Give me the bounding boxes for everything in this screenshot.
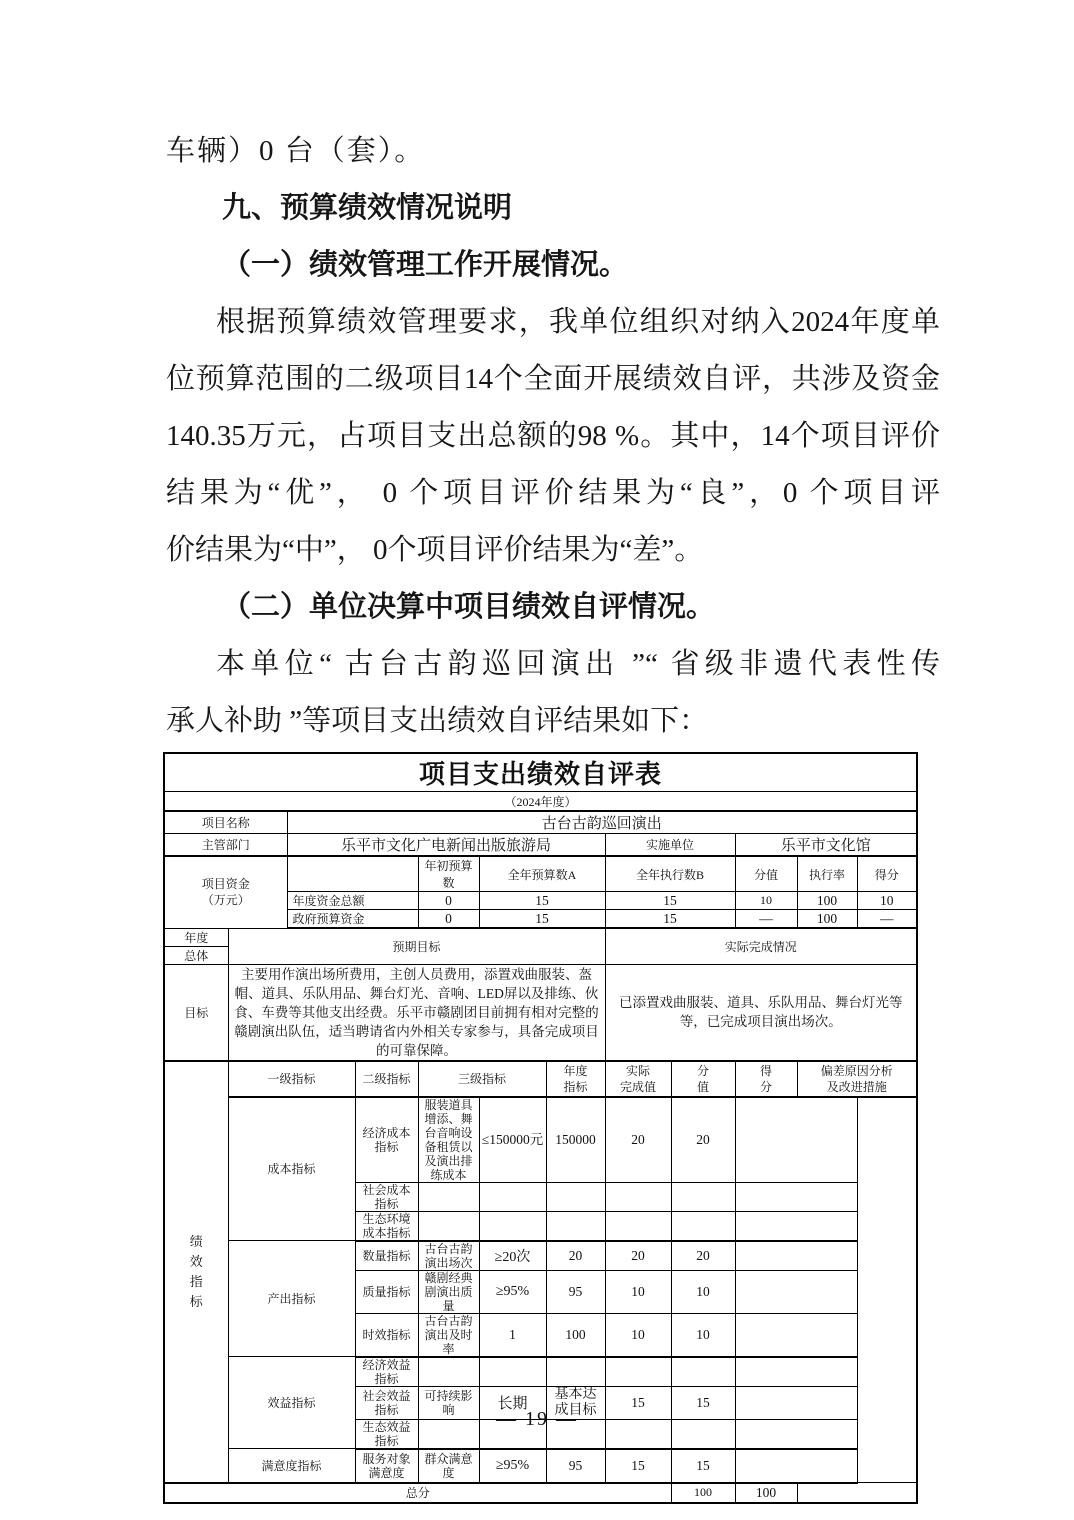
paragraph-continuation-line: 车辆）0 台（套）。 bbox=[166, 123, 940, 180]
subsection-heading-1: （一）绩效管理工作开展情况。 bbox=[166, 237, 940, 294]
row7-level2: 经济效益指标 bbox=[355, 1357, 418, 1387]
fund-gov-initial: 0 bbox=[418, 910, 479, 929]
row4-annual: ≥20次 bbox=[479, 1241, 546, 1271]
fund-col-rate: 执行率 bbox=[797, 856, 857, 892]
total-label: 总分 bbox=[164, 1483, 671, 1503]
row2-level3 bbox=[418, 1182, 479, 1211]
row3-got bbox=[671, 1211, 735, 1241]
row6-got: 10 bbox=[671, 1313, 735, 1357]
row3-actual bbox=[546, 1211, 605, 1241]
fund-gov-rate: 100 bbox=[797, 910, 857, 929]
row5-level2: 质量指标 bbox=[355, 1270, 418, 1313]
total-score: 100 bbox=[671, 1483, 735, 1503]
actual-completion-text: 已添置戏曲服装、道具、乐队用品、舞台灯光等等，已完成项目演出场次。 bbox=[605, 964, 917, 1061]
impl-unit-value: 乐平市文化馆 bbox=[735, 834, 917, 857]
row10-score: 15 bbox=[605, 1449, 671, 1483]
row3-level2: 生态环境成本指标 bbox=[355, 1211, 418, 1241]
fund-row-gov-label: 政府预算资金 bbox=[287, 910, 418, 929]
row1-annual: ≤150000元 bbox=[479, 1097, 546, 1183]
fund-gov-score: — bbox=[735, 910, 797, 929]
row1-deviation bbox=[735, 1097, 857, 1183]
row7-level3 bbox=[418, 1357, 479, 1387]
paragraph1-line1: 根据预算绩效管理要求，我单位组织对纳入2024年度单 bbox=[166, 294, 940, 351]
ind-header-deviation: 偏差原因分析 及改进措施 bbox=[797, 1061, 917, 1097]
fund-gov-got: — bbox=[857, 910, 917, 929]
row7-score bbox=[605, 1357, 671, 1387]
row1-level2: 经济成本指标 bbox=[355, 1097, 418, 1183]
group-satisfaction: 满意度指标 bbox=[228, 1449, 355, 1483]
row5-score: 10 bbox=[605, 1270, 671, 1313]
fund-total-score: 10 bbox=[735, 892, 797, 910]
row5-deviation bbox=[735, 1270, 857, 1313]
ind-header-level1: 一级指标 bbox=[228, 1061, 355, 1097]
row2-level2: 社会成本指标 bbox=[355, 1182, 418, 1211]
fund-total-rate: 100 bbox=[797, 892, 857, 910]
row6-level2: 时效指标 bbox=[355, 1313, 418, 1357]
group-benefit: 效益指标 bbox=[228, 1357, 355, 1449]
ind-header-level2: 二级指标 bbox=[355, 1061, 418, 1097]
row2-got bbox=[671, 1182, 735, 1211]
row1-level3: 服装道具增添、舞台音响设备租赁以及演出排练成本 bbox=[418, 1097, 479, 1183]
fund-col-initial: 年初预算数 bbox=[418, 856, 479, 892]
dept-value: 乐平市文化广电新闻出版旅游局 bbox=[287, 834, 605, 857]
paragraph1-line3: 140.35万元，占项目支出总额的98 %。其中，14个项目评价 bbox=[166, 408, 940, 465]
fund-col-score: 分值 bbox=[735, 856, 797, 892]
group-output: 产出指标 bbox=[228, 1241, 355, 1357]
row2-actual bbox=[546, 1182, 605, 1211]
row6-deviation bbox=[735, 1313, 857, 1357]
row10-deviation bbox=[735, 1449, 857, 1483]
body-text: 车辆）0 台（套）。 九、预算绩效情况说明 （一）绩效管理工作开展情况。 根据预… bbox=[166, 123, 940, 750]
row1-got: 20 bbox=[671, 1097, 735, 1183]
row4-score: 20 bbox=[605, 1241, 671, 1271]
dept-label: 主管部门 bbox=[164, 834, 287, 857]
document-page: 车辆）0 台（套）。 九、预算绩效情况说明 （一）绩效管理工作开展情况。 根据预… bbox=[0, 0, 1074, 1520]
ind-header-actual: 实际 完成值 bbox=[605, 1061, 671, 1097]
row3-score bbox=[605, 1211, 671, 1241]
row5-level3: 赣剧经典剧演出质量 bbox=[418, 1270, 479, 1313]
ind-header-got: 得 分 bbox=[735, 1061, 797, 1097]
row6-level3: 古台古韵演出及时率 bbox=[418, 1313, 479, 1357]
annual-side-label-1: 年度 bbox=[164, 928, 228, 946]
row7-annual bbox=[479, 1357, 546, 1387]
fund-gov-exec: 15 bbox=[605, 910, 735, 929]
fund-col-got: 得分 bbox=[857, 856, 917, 892]
fund-total-budget: 15 bbox=[479, 892, 605, 910]
row2-annual bbox=[479, 1182, 546, 1211]
row2-deviation bbox=[735, 1182, 857, 1211]
row10-annual: ≥95% bbox=[479, 1449, 546, 1483]
paragraph2-line2: 承人补助 ”等项目支出绩效自评结果如下： bbox=[166, 693, 940, 750]
self-evaluation-table-wrap: 项目支出绩效自评表 （2024年度） 项目名称 古台古韵巡回演出 主管部门 乐平… bbox=[163, 752, 918, 1504]
fund-total-exec: 15 bbox=[605, 892, 735, 910]
fund-col-budget: 全年预算数A bbox=[479, 856, 605, 892]
ind-header-level3: 三级指标 bbox=[418, 1061, 546, 1097]
row4-got: 20 bbox=[671, 1241, 735, 1271]
row10-actual: 95 bbox=[546, 1449, 605, 1483]
fund-blank-cell bbox=[287, 856, 418, 892]
row3-annual bbox=[479, 1211, 546, 1241]
impl-unit-label: 实施单位 bbox=[605, 834, 735, 857]
row1-actual: 150000 bbox=[546, 1097, 605, 1183]
table-subtitle: （2024年度） bbox=[164, 792, 917, 812]
self-evaluation-table: 项目支出绩效自评表 （2024年度） 项目名称 古台古韵巡回演出 主管部门 乐平… bbox=[163, 752, 918, 1504]
total-deviation bbox=[797, 1483, 917, 1503]
page-number: — 19 — bbox=[0, 1408, 1074, 1431]
row4-actual: 20 bbox=[546, 1241, 605, 1271]
row5-got: 10 bbox=[671, 1270, 735, 1313]
ind-header-score: 分 值 bbox=[671, 1061, 735, 1097]
row7-got bbox=[671, 1357, 735, 1387]
row7-deviation bbox=[735, 1357, 857, 1387]
project-name-value: 古台古韵巡回演出 bbox=[287, 811, 917, 834]
actual-completion-header: 实际完成情况 bbox=[605, 928, 917, 964]
section-heading-9: 九、预算绩效情况说明 bbox=[166, 180, 940, 237]
ind-header-annual: 年度 指标 bbox=[546, 1061, 605, 1097]
row3-deviation bbox=[735, 1211, 857, 1241]
fund-row-total-label: 年度资金总额 bbox=[287, 892, 418, 910]
group-cost: 成本指标 bbox=[228, 1097, 355, 1241]
fund-total-initial: 0 bbox=[418, 892, 479, 910]
row5-actual: 95 bbox=[546, 1270, 605, 1313]
row1-score: 20 bbox=[605, 1097, 671, 1183]
fund-total-got: 10 bbox=[857, 892, 917, 910]
project-name-label: 项目名称 bbox=[164, 811, 287, 834]
expected-goal-header: 预期目标 bbox=[228, 928, 605, 964]
annual-side-label-3: 目标 bbox=[164, 964, 228, 1061]
paragraph2-line1: 本单位“ 古台古韵巡回演出 ”“ 省级非遗代表性传 bbox=[166, 636, 940, 693]
row2-score bbox=[605, 1182, 671, 1211]
table-title: 项目支出绩效自评表 bbox=[164, 753, 917, 792]
row5-annual: ≥95% bbox=[479, 1270, 546, 1313]
paragraph1-line2: 位预算范围的二级项目14个全面开展绩效自评，共涉及资金 bbox=[166, 351, 940, 408]
row10-got: 15 bbox=[671, 1449, 735, 1483]
row4-level2: 数量指标 bbox=[355, 1241, 418, 1271]
row7-actual bbox=[546, 1357, 605, 1387]
fund-col-exec: 全年执行数B bbox=[605, 856, 735, 892]
row6-actual: 100 bbox=[546, 1313, 605, 1357]
row6-score: 10 bbox=[605, 1313, 671, 1357]
paragraph1-line5: 价结果为“中”， 0个项目评价结果为“差”。 bbox=[166, 522, 940, 579]
fund-label: 项目资金 （万元） bbox=[164, 856, 287, 928]
row4-deviation bbox=[735, 1241, 857, 1271]
subsection-heading-2: （二）单位决算中项目绩效自评情况。 bbox=[166, 579, 940, 636]
total-got: 100 bbox=[735, 1483, 797, 1503]
paragraph1-line4: 结果为“优”， 0 个项目评价结果为“良”，0 个项目评 bbox=[166, 465, 940, 522]
row10-level3: 群众满意度 bbox=[418, 1449, 479, 1483]
row3-level3 bbox=[418, 1211, 479, 1241]
row4-level3: 古台古韵演出场次 bbox=[418, 1241, 479, 1271]
expected-goal-text: 主要用作演出场所费用，主创人员费用，添置戏曲服装、盔帽、道具、乐队用品、舞台灯光… bbox=[228, 964, 605, 1061]
row6-annual: 1 bbox=[479, 1313, 546, 1357]
fund-gov-budget: 15 bbox=[479, 910, 605, 929]
row10-level2: 服务对象满意度 bbox=[355, 1449, 418, 1483]
annual-side-label-2: 总体 bbox=[164, 946, 228, 964]
